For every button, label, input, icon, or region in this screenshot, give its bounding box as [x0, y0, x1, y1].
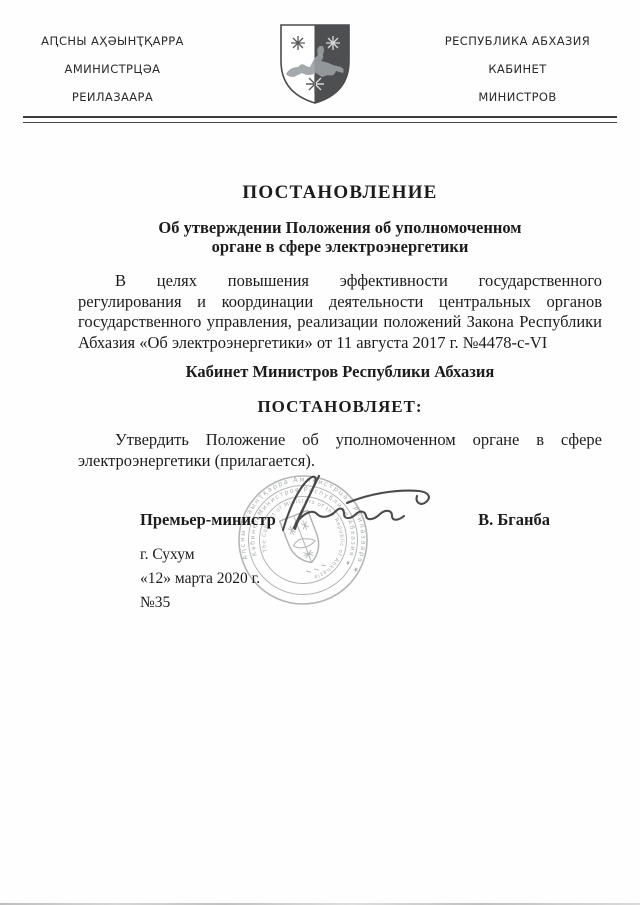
resolves-line: ПОСТАНОВЛЯЕТ: [78, 397, 602, 416]
letterhead-russian-line: КАБИНЕТ [425, 55, 610, 83]
double-rule [23, 116, 617, 123]
issue-date: «12» марта 2020 г. [140, 571, 602, 595]
issuer-line: Кабинет Министров Республики Абхазия [78, 362, 602, 381]
signature-row: Премьер-министр В. Бганба [78, 510, 602, 530]
letterhead-russian-line: РЕСПУБЛИКА АБХАЗИЯ [425, 27, 610, 55]
letterhead-russian-line: МИНИСТРОВ [425, 83, 610, 111]
letterhead-abkhaz-line: РЕИЛАЗААРА [20, 83, 205, 111]
signer-name: В. Бганба [478, 510, 550, 530]
issue-city: г. Сухум [140, 547, 602, 571]
letterhead-abkhaz-name: АԤСНЫ АҲӘЫНҬҚАРРА АМИНИСТРЦӘА РЕИЛАЗААРА [20, 0, 205, 111]
handwritten-signature [262, 466, 442, 551]
issue-details: г. Сухум «12» марта 2020 г. №35 [78, 547, 602, 619]
decree-subject: Об утверждении Положения об уполномоченн… [78, 218, 602, 256]
letterhead-abkhaz-line: АԤСНЫ АҲӘЫНҬҚАРРА [20, 27, 205, 55]
coat-of-arms-icon [277, 22, 353, 111]
signer-position: Премьер-министр [140, 510, 276, 530]
document-page: АԤСНЫ АҲӘЫНҬҚАРРА АМИНИСТРЦӘА РЕИЛАЗААРА [0, 0, 640, 905]
letterhead-russian-name: РЕСПУБЛИКА АБХАЗИЯ КАБИНЕТ МИНИСТРОВ [425, 0, 610, 111]
decree-subject-line: Об утверждении Положения об уполномоченн… [78, 218, 602, 237]
decree-body: ПОСТАНОВЛЕНИЕ Об утверждении Положения о… [78, 183, 602, 619]
issue-number: №35 [140, 595, 602, 619]
preamble-paragraph: В целях повышения эффективности государс… [78, 271, 602, 353]
decree-title: ПОСТАНОВЛЕНИЕ [78, 183, 602, 202]
letterhead: АԤСНЫ АҲӘЫНҬҚАРРА АМИНИСТРЦӘА РЕИЛАЗААРА [0, 0, 640, 112]
decree-subject-line: органе в сфере электроэнергетики [78, 237, 602, 256]
letterhead-abkhaz-line: АМИНИСТРЦӘА [20, 55, 205, 83]
